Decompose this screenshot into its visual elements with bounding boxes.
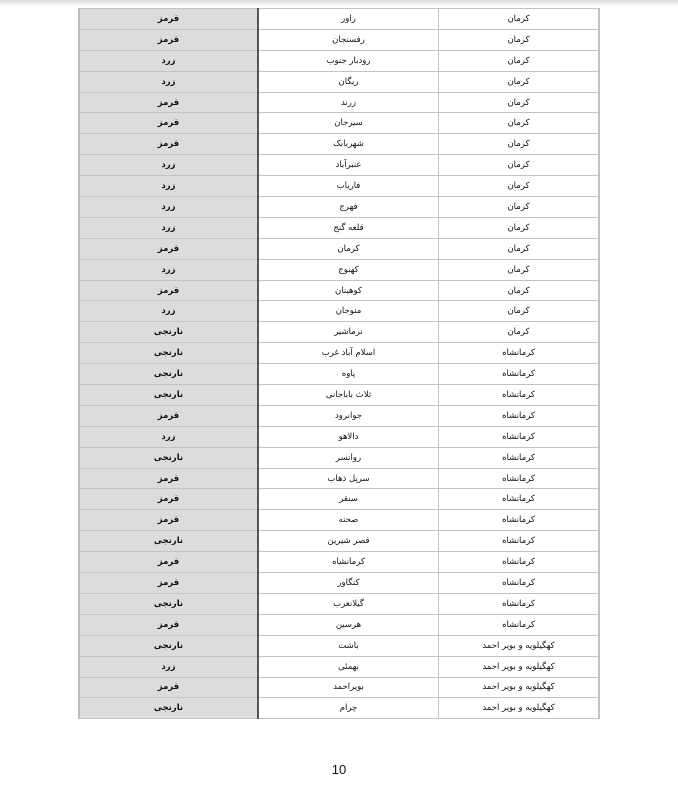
county-cell: قصر شیرین <box>258 531 439 552</box>
county-cell: سیرجان <box>258 113 439 134</box>
status-cell: قرمز <box>79 134 258 155</box>
table-row: قرمزسنقرکرمانشاه <box>79 489 599 510</box>
table-row: نارنجیپاوهکرمانشاه <box>79 364 599 385</box>
status-cell: زرد <box>79 259 258 280</box>
province-cell: کرمان <box>439 134 600 155</box>
table-row: قرمزکرمانشاهکرمانشاه <box>79 552 599 573</box>
county-cell: منوجان <box>258 301 439 322</box>
table-row: قرمزسیرجانکرمان <box>79 113 599 134</box>
status-cell: زرد <box>79 426 258 447</box>
status-cell: قرمز <box>79 468 258 489</box>
table-row: نارنجینرماشیرکرمان <box>79 322 599 343</box>
province-cell: کرمان <box>439 50 600 71</box>
table-row: زرددالاهوکرمانشاه <box>79 426 599 447</box>
status-cell: قرمز <box>79 510 258 531</box>
table-row: زردفاریابکرمان <box>79 176 599 197</box>
table-row: زردکهنوجکرمان <box>79 259 599 280</box>
province-cell: کهگیلویه و بویر احمد <box>439 698 600 719</box>
province-cell: کرمانشاه <box>439 447 600 468</box>
county-cell: اسلام آباد غرب <box>258 343 439 364</box>
county-cell: کرمانشاه <box>258 552 439 573</box>
table-row: نارنجیگیلانغربکرمانشاه <box>79 593 599 614</box>
county-cell: چرام <box>258 698 439 719</box>
table-row: قرمزکنگاورکرمانشاه <box>79 573 599 594</box>
province-cell: کرمانشاه <box>439 614 600 635</box>
county-cell: کهنوج <box>258 259 439 280</box>
table-row: قرمززرندکرمان <box>79 92 599 113</box>
province-cell: کرمانشاه <box>439 510 600 531</box>
county-cell: فهرج <box>258 197 439 218</box>
province-cell: کرمان <box>439 176 600 197</box>
county-cell: سرپل ذهاب <box>258 468 439 489</box>
province-cell: کرمانشاه <box>439 426 600 447</box>
table-row: قرمزهرسینکرمانشاه <box>79 614 599 635</box>
table-row: نارنجیباشتکهگیلویه و بویر احمد <box>79 635 599 656</box>
county-cell: باشت <box>258 635 439 656</box>
province-cell: کرمان <box>439 9 600 30</box>
table-row: قرمزشهربابککرمان <box>79 134 599 155</box>
province-cell: کرمان <box>439 71 600 92</box>
table-row: نارنجیاسلام آباد غربکرمانشاه <box>79 343 599 364</box>
status-cell: نارنجی <box>79 343 258 364</box>
table-row: زردبهمئیکهگیلویه و بویر احمد <box>79 656 599 677</box>
table-row: قرمزرفسنجانکرمان <box>79 29 599 50</box>
table-row: نارنجیچرامکهگیلویه و بویر احمد <box>79 698 599 719</box>
province-cell: کرمانشاه <box>439 405 600 426</box>
status-cell: نارنجی <box>79 593 258 614</box>
province-cell: کرمانشاه <box>439 385 600 406</box>
status-cell: نارنجی <box>79 385 258 406</box>
province-cell: کرمان <box>439 29 600 50</box>
table-row: قرمزکرمانکرمان <box>79 238 599 259</box>
status-cell: قرمز <box>79 573 258 594</box>
status-cell: نارنجی <box>79 698 258 719</box>
county-cell: روانسر <box>258 447 439 468</box>
province-cell: کرمان <box>439 280 600 301</box>
county-cell: بهمئی <box>258 656 439 677</box>
status-cell: قرمز <box>79 489 258 510</box>
county-cell: کوهبنان <box>258 280 439 301</box>
county-cell: فاریاب <box>258 176 439 197</box>
table-row: قرمزبویراحمدکهگیلویه و بویر احمد <box>79 677 599 698</box>
county-cell: دالاهو <box>258 426 439 447</box>
status-cell: زرد <box>79 197 258 218</box>
province-cell: کرمان <box>439 197 600 218</box>
province-cell: کهگیلویه و بویر احمد <box>439 635 600 656</box>
status-cell: قرمز <box>79 280 258 301</box>
table-row: زردمنوجانکرمان <box>79 301 599 322</box>
county-cell: صحنه <box>258 510 439 531</box>
table-row: نارنجیروانسرکرمانشاه <box>79 447 599 468</box>
status-cell: زرد <box>79 155 258 176</box>
status-cell: نارنجی <box>79 364 258 385</box>
province-cell: کرمانشاه <box>439 531 600 552</box>
status-cell: قرمز <box>79 677 258 698</box>
province-cell: کرمان <box>439 322 600 343</box>
county-cell: بویراحمد <box>258 677 439 698</box>
county-cell: کرمان <box>258 238 439 259</box>
table-row: زردقلعه گنجکرمان <box>79 217 599 238</box>
province-cell: کهگیلویه و بویر احمد <box>439 656 600 677</box>
county-cell: قلعه گنج <box>258 217 439 238</box>
status-cell: زرد <box>79 176 258 197</box>
province-cell: کرمانشاه <box>439 489 600 510</box>
table-row: زردعنبرآبادکرمان <box>79 155 599 176</box>
status-cell: نارنجی <box>79 635 258 656</box>
status-cell: نارنجی <box>79 322 258 343</box>
county-cell: کنگاور <box>258 573 439 594</box>
status-cell: زرد <box>79 656 258 677</box>
status-cell: قرمز <box>79 405 258 426</box>
table-row: قرمزراورکرمان <box>79 9 599 30</box>
county-cell: عنبرآباد <box>258 155 439 176</box>
province-cell: کرمان <box>439 301 600 322</box>
county-cell: زرند <box>258 92 439 113</box>
county-cell: رودبار جنوب <box>258 50 439 71</box>
county-cell: ثلاث باباجانی <box>258 385 439 406</box>
table-row: نارنجیثلاث باباجانیکرمانشاه <box>79 385 599 406</box>
province-cell: کرمان <box>439 259 600 280</box>
county-cell: گیلانغرب <box>258 593 439 614</box>
county-cell: راور <box>258 9 439 30</box>
status-cell: نارنجی <box>79 447 258 468</box>
province-cell: کرمانشاه <box>439 364 600 385</box>
status-cell: قرمز <box>79 92 258 113</box>
county-status-table-container: قرمزراورکرمانقرمزرفسنجانکرمانزردرودبار ج… <box>78 8 595 719</box>
table-row: قرمزکوهبنانکرمان <box>79 280 599 301</box>
status-cell: زرد <box>79 301 258 322</box>
status-cell: زرد <box>79 71 258 92</box>
province-cell: کرمانشاه <box>439 552 600 573</box>
county-cell: جوانرود <box>258 405 439 426</box>
status-cell: قرمز <box>79 9 258 30</box>
province-cell: کرمانشاه <box>439 468 600 489</box>
province-cell: کهگیلویه و بویر احمد <box>439 677 600 698</box>
status-cell: نارنجی <box>79 531 258 552</box>
county-cell: پاوه <box>258 364 439 385</box>
province-cell: کرمان <box>439 92 600 113</box>
status-cell: زرد <box>79 50 258 71</box>
province-cell: کرمانشاه <box>439 573 600 594</box>
status-cell: قرمز <box>79 113 258 134</box>
status-cell: زرد <box>79 217 258 238</box>
province-cell: کرمان <box>439 238 600 259</box>
table-row: زردریگانکرمان <box>79 71 599 92</box>
table-row: زردفهرجکرمان <box>79 197 599 218</box>
county-cell: هرسین <box>258 614 439 635</box>
county-cell: شهربابک <box>258 134 439 155</box>
status-cell: قرمز <box>79 29 258 50</box>
status-cell: قرمز <box>79 552 258 573</box>
county-status-table: قرمزراورکرمانقرمزرفسنجانکرمانزردرودبار ج… <box>78 8 600 719</box>
table-row: قرمزصحنهکرمانشاه <box>79 510 599 531</box>
province-cell: کرمانشاه <box>439 593 600 614</box>
status-cell: قرمز <box>79 614 258 635</box>
page-top-edge-shadow <box>0 0 678 6</box>
province-cell: کرمان <box>439 217 600 238</box>
county-cell: ریگان <box>258 71 439 92</box>
table-body: قرمزراورکرمانقرمزرفسنجانکرمانزردرودبار ج… <box>79 9 599 719</box>
province-cell: کرمانشاه <box>439 343 600 364</box>
table-row: نارنجیقصر شیرینکرمانشاه <box>79 531 599 552</box>
county-cell: رفسنجان <box>258 29 439 50</box>
county-cell: سنقر <box>258 489 439 510</box>
province-cell: کرمان <box>439 113 600 134</box>
table-row: زردرودبار جنوبکرمان <box>79 50 599 71</box>
county-cell: نرماشیر <box>258 322 439 343</box>
table-row: قرمزسرپل ذهابکرمانشاه <box>79 468 599 489</box>
table-row: قرمزجوانرودکرمانشاه <box>79 405 599 426</box>
province-cell: کرمان <box>439 155 600 176</box>
status-cell: قرمز <box>79 238 258 259</box>
page-number: 10 <box>0 762 678 777</box>
